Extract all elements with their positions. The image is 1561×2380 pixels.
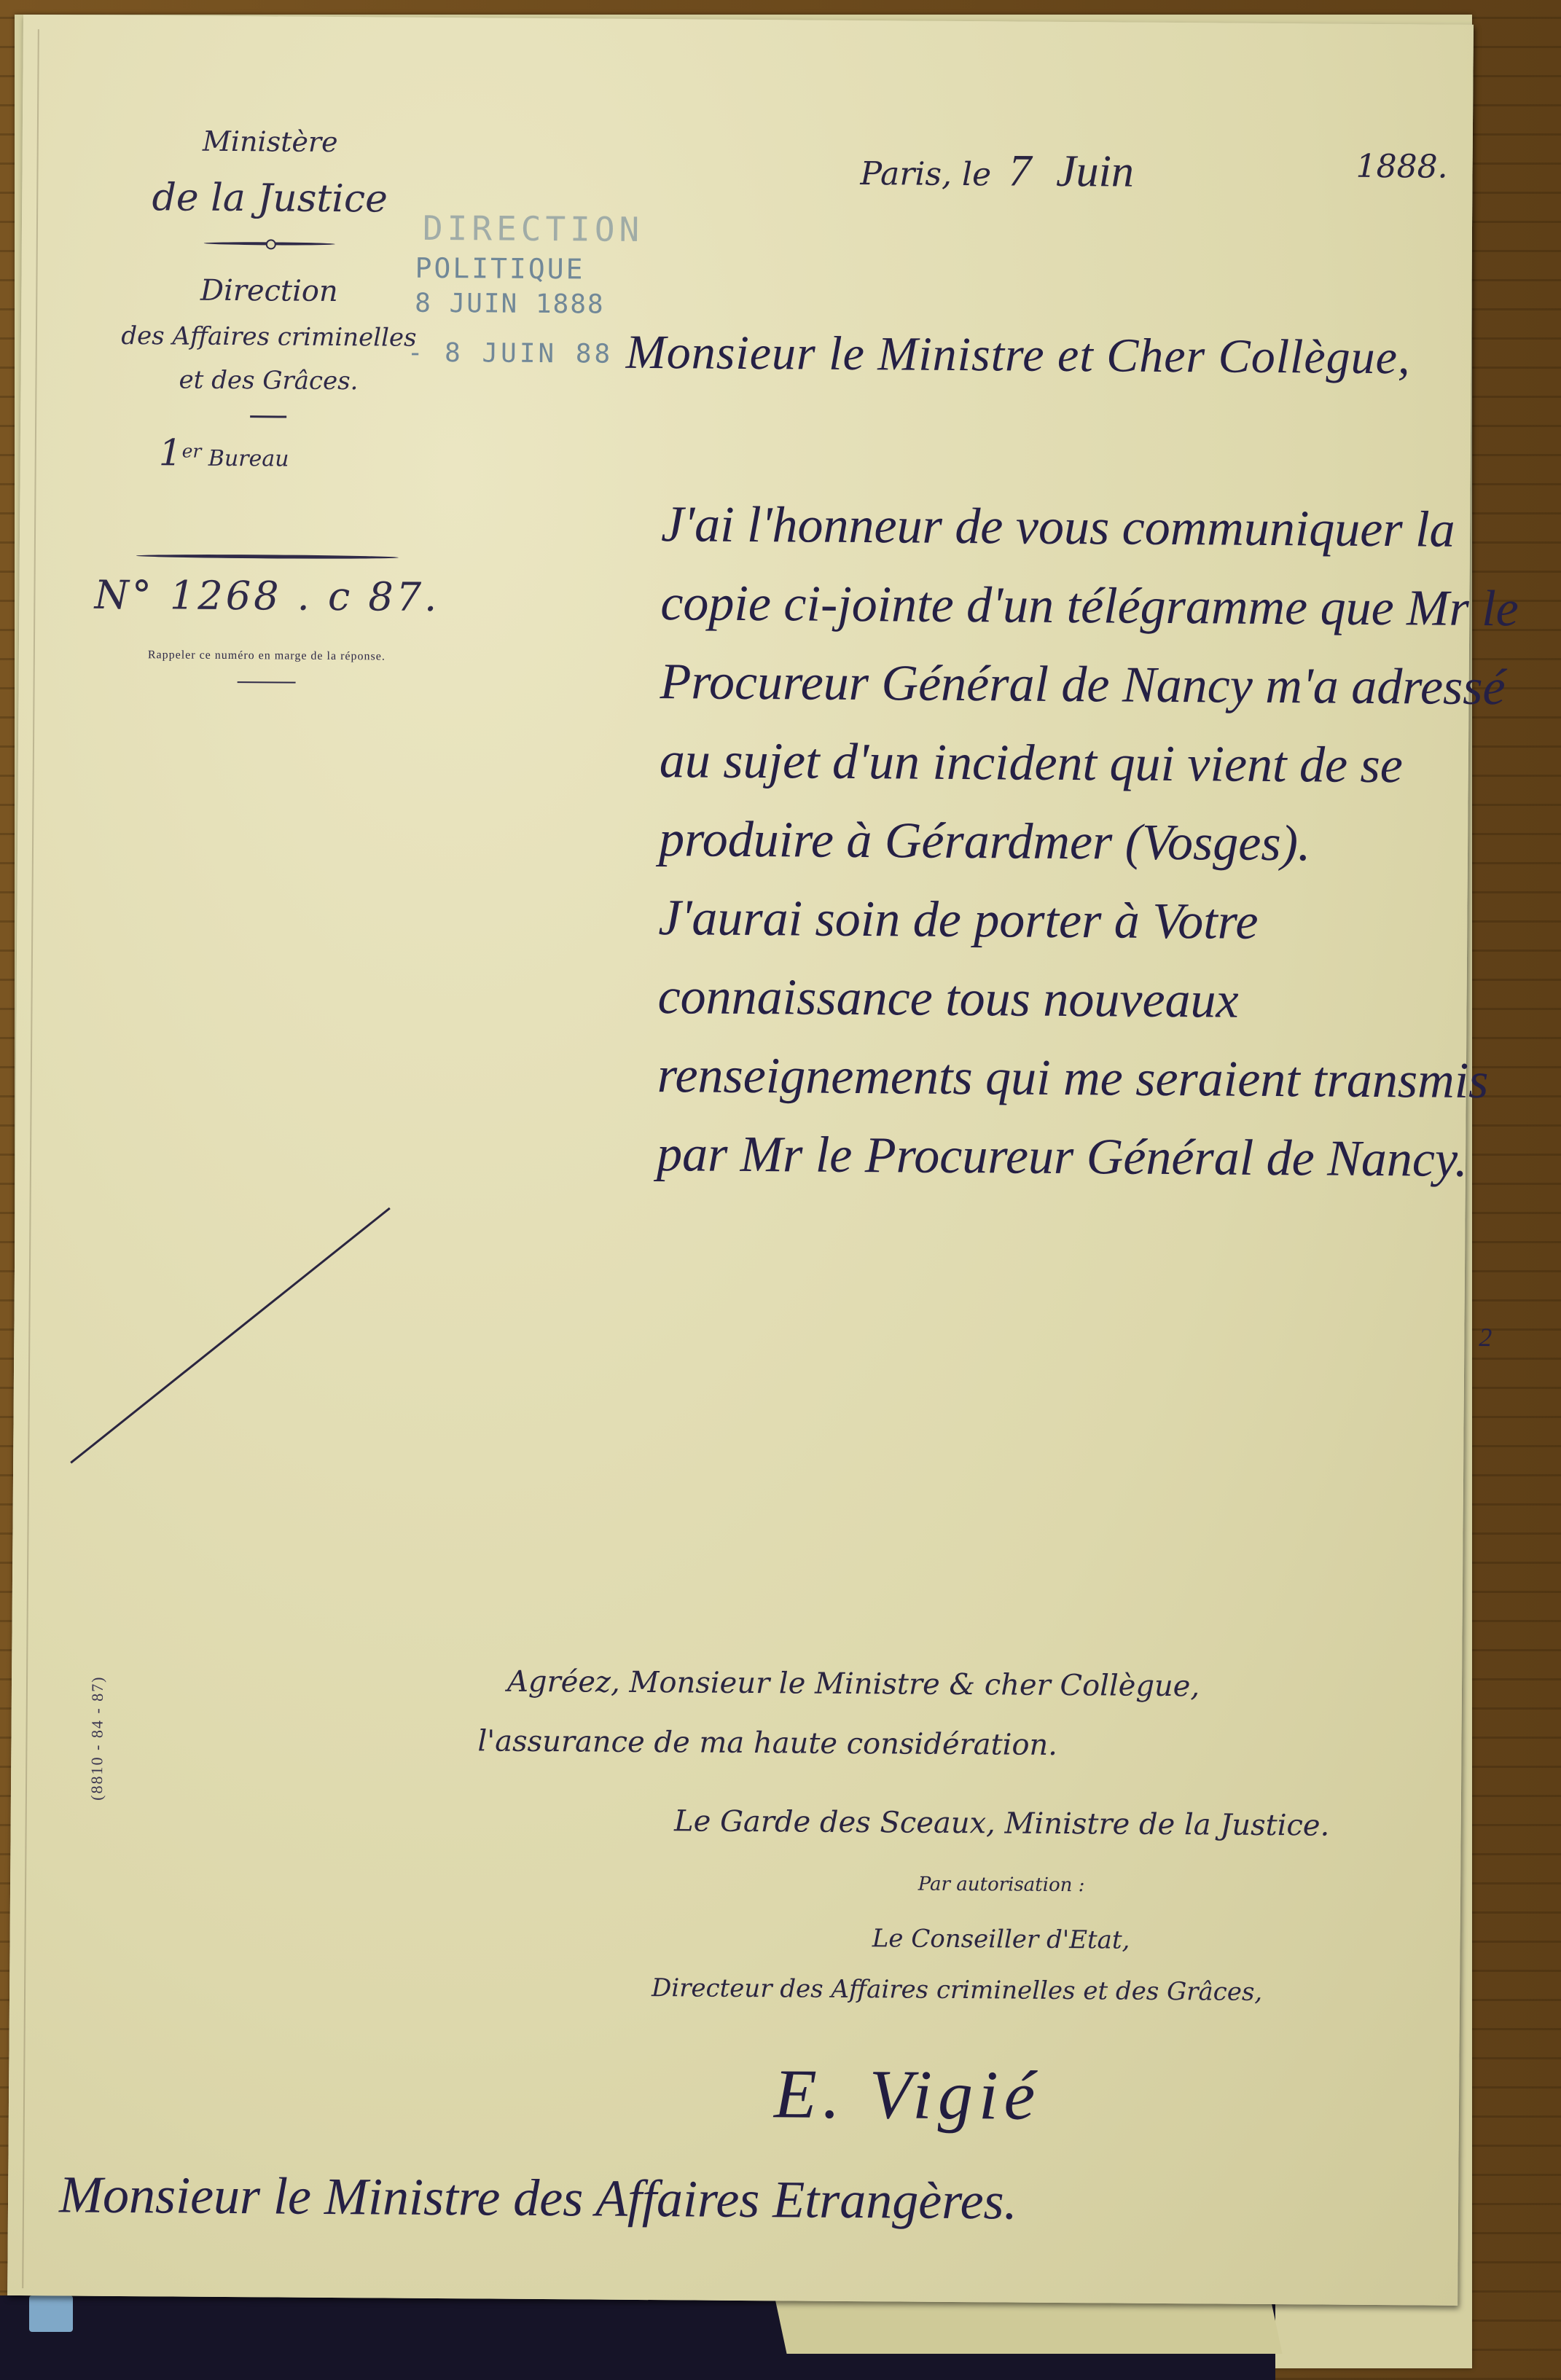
salutation: Monsieur le Ministre et Cher Collègue,	[626, 325, 1411, 386]
page-mark: 2	[1479, 1322, 1492, 1353]
dossier-number: N° 1268 . c 87.	[63, 571, 471, 620]
tiny-divider	[238, 681, 296, 684]
date-month: Juin	[1056, 146, 1134, 197]
short-divider	[250, 415, 286, 418]
letterhead-ministere: Ministère	[66, 124, 474, 159]
closing-line-1: Agréez, Monsieur le Ministre & cher Coll…	[507, 1665, 1200, 1704]
closing-formula: Agréez, Monsieur le Ministre & cher Coll…	[477, 1664, 1200, 1763]
date-line: Paris, le 7 Juin 1888.	[860, 144, 1141, 198]
stamp-line-1: DIRECTION	[423, 208, 644, 249]
conseiller-title: Le Conseiller d'Etat,	[563, 1922, 1438, 1957]
stamp-line-3: 8 JUIN 1888	[415, 289, 605, 320]
ornament-divider	[204, 242, 335, 246]
signature-block: Le Garde des Sceaux, Ministre de la Just…	[563, 1804, 1439, 2008]
handwritten-signature: E. Vigié	[774, 2053, 1041, 2136]
stamp-line-2: POLITIQUE	[415, 252, 584, 286]
long-divider	[136, 554, 399, 560]
bureau-superscript: er	[182, 441, 202, 462]
print-code: (8810 - 84 - 87)	[87, 1675, 107, 1800]
body-paragraph-1: J'ai l'honneur de vous communiquer la co…	[513, 485, 1522, 885]
date-year: 1888.	[1355, 148, 1447, 186]
directeur-title: Directeur des Affaires criminelles et de…	[476, 1972, 1438, 2008]
letter-page: Ministère de la Justice Direction des Af…	[7, 15, 1474, 2306]
authorization-note: Par autorisation :	[564, 1871, 1439, 1898]
stamp-line-4: - 8 JUIN 88	[407, 338, 614, 369]
date-place: Paris, le	[860, 155, 991, 193]
bureau-label: Bureau	[208, 446, 289, 472]
body-paragraph-2: J'aurai soin de porter à Votre connaissa…	[511, 878, 1519, 1200]
margin-stroke	[70, 1207, 391, 1464]
fold-line	[22, 29, 39, 2288]
blue-tab	[29, 2295, 73, 2332]
closing-line-2: l'assurance de ma haute considération.	[477, 1724, 1199, 1763]
letterhead-bureau: 1er Bureau	[64, 431, 472, 476]
reminder-note: Rappeler ce numéro en marge de la répons…	[63, 648, 471, 664]
addressee: Monsieur le Ministre des Affaires Etrang…	[59, 2164, 1017, 2231]
date-day: 7	[1009, 146, 1031, 195]
letter-body: J'ai l'honneur de vous communiquer la co…	[511, 485, 1522, 1200]
signatory-title: Le Garde des Sceaux, Ministre de la Just…	[565, 1804, 1439, 1843]
bureau-number: 1	[159, 431, 182, 474]
